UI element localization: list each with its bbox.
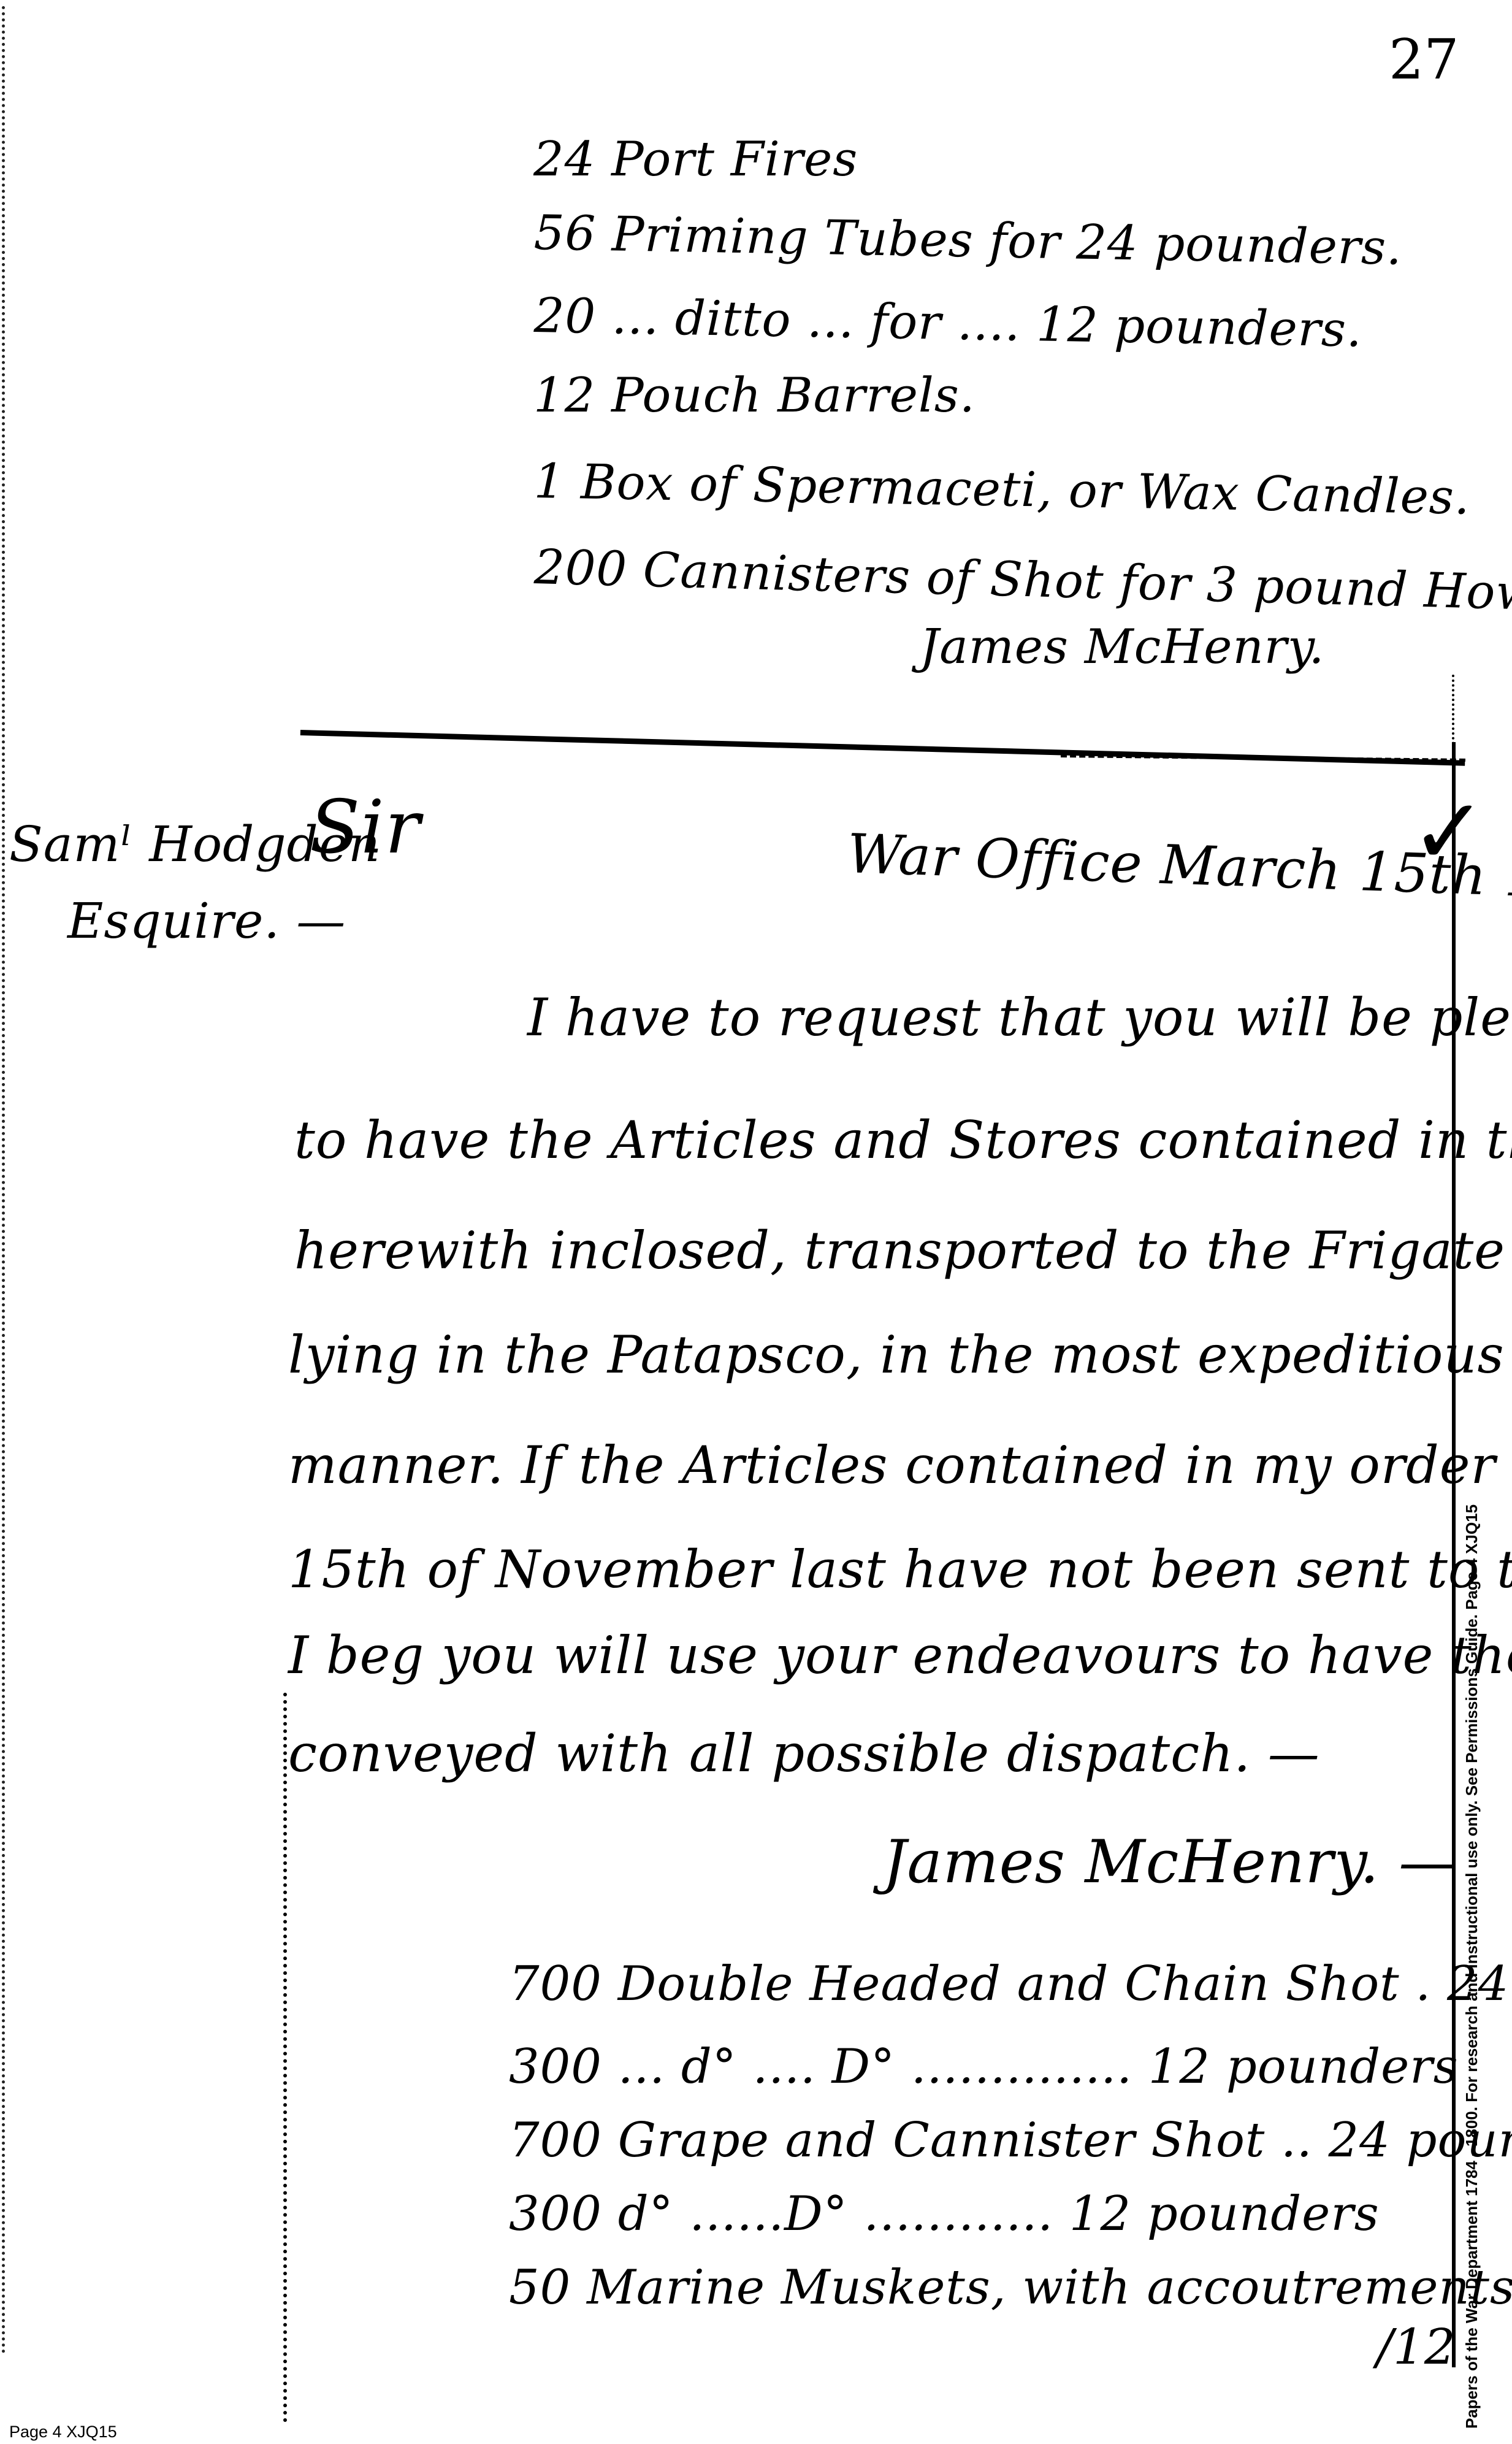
body-line: lying in the Patapsco, in the most exped… [288, 1325, 1512, 1385]
body-line: 15th of November last have not been sent… [288, 1539, 1512, 1599]
item-text: Pouch Barrels. [611, 368, 976, 423]
item-quantity: 24 [533, 132, 595, 187]
list-item: 20 ... ditto ... for .... 12 pounders. [533, 288, 1363, 358]
item-text: Marine Muskets, with accoutrements &c co… [587, 2260, 1512, 2315]
item-text: Priming Tubes for 24 pounders. [611, 207, 1403, 275]
list-item: 300 d° ......D° ............ 12 pounders [509, 2186, 1380, 2242]
body-line: conveyed with all possible dispatch. — [288, 1723, 1320, 1783]
item-quantity: 20 [533, 288, 597, 345]
body-line: herewith inclosed, transported to the Fr… [294, 1220, 1512, 1281]
item-text: ... ditto ... for .... 12 pounders. [611, 289, 1363, 358]
check-mark-icon: ✓ [1410, 779, 1487, 886]
list-item: 24 Port Fires [533, 132, 858, 187]
archive-side-caption: Papers of the War Department 1784 - 1800… [1462, 1504, 1481, 2429]
list-item: 200 Cannisters of Shot for 3 pound Howit… [533, 540, 1512, 625]
item-quantity: 1 [533, 454, 565, 510]
item-text: ... d° .... D° .............. 12 pounder… [618, 2039, 1459, 2094]
item-text: Grape and Cannister Shot .. 24 pounders [618, 2113, 1512, 2168]
left-margin-rule [283, 1693, 287, 2423]
item-text: Port Fires [611, 132, 858, 187]
handwritten-page-number: 27 [1389, 28, 1459, 92]
list-item: 56 Priming Tubes for 24 pounders. [533, 205, 1403, 276]
salutation: Sir [310, 785, 421, 870]
item-quantity: 300 [509, 2039, 602, 2094]
left-scan-edge [2, 6, 5, 2355]
page-footer: Page 4 XJQ15 [9, 2423, 117, 2442]
list-item: 1 Box of Spermaceti, or Wax Candles. [533, 454, 1470, 526]
letter-signature: James McHenry. — [883, 1828, 1458, 1896]
item-text: Cannisters of Shot for 3 pound Howitzers… [643, 543, 1512, 626]
list-item: 12 Pouch Barrels. [533, 368, 976, 423]
list-item: 700 Double Headed and Chain Shot . 24 po… [509, 1956, 1512, 2012]
item-quantity: 700 [509, 2113, 602, 2168]
list-item: 50 Marine Muskets, with accoutrements &c… [509, 2260, 1512, 2315]
body-line: I beg you will use your endeavours to ha… [288, 1625, 1512, 1685]
item-quantity: 50 [509, 2260, 571, 2315]
item-quantity: 200 [533, 540, 628, 597]
section-divider [300, 730, 1465, 766]
item-text: Double Headed and Chain Shot . 24 pounde… [618, 1956, 1512, 2012]
item-quantity: 56 [533, 205, 597, 262]
body-line: to have the Articles and Stores containe… [294, 1110, 1512, 1170]
list-item: 700 Grape and Cannister Shot .. 24 pound… [509, 2113, 1512, 2168]
list-item: 300 ... d° .... D° .............. 12 pou… [509, 2039, 1459, 2094]
addressee-title: Esquire. — [67, 892, 346, 949]
item-quantity: 700 [509, 1956, 602, 2012]
body-line: manner. If the Articles contained in my … [288, 1435, 1512, 1495]
margin-note: /12 [1376, 2318, 1456, 2375]
top-list-signature: James McHenry. [920, 619, 1324, 675]
item-text: Box of Spermaceti, or Wax Candles. [580, 454, 1470, 525]
item-quantity: 300 [509, 2186, 602, 2242]
item-quantity: 12 [533, 368, 595, 423]
item-text: d° ......D° ............ 12 pounders [618, 2186, 1380, 2242]
body-line: I have to request that you will be pleas… [527, 987, 1512, 1048]
